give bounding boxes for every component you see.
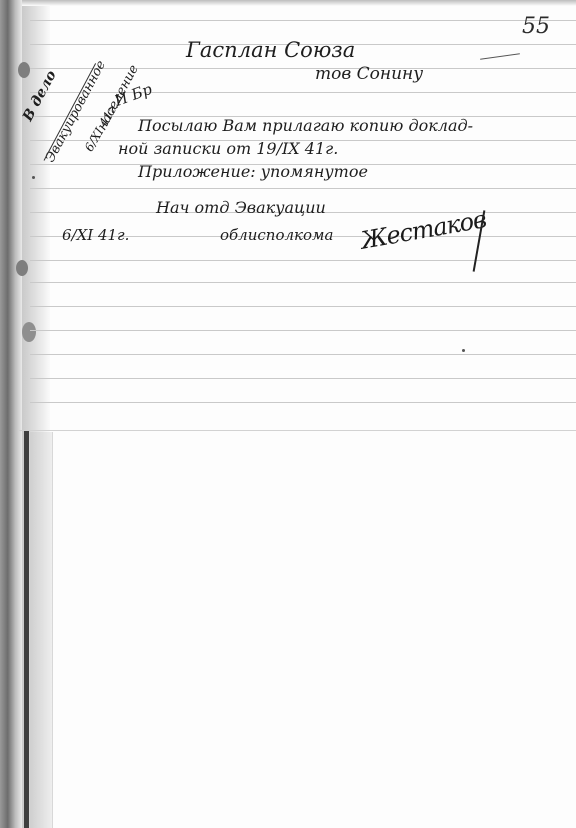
body-line-1: Посылаю Вам прилагаю копию доклад- [138, 116, 473, 135]
page-number: 55 [522, 14, 550, 39]
ruled-sheet [30, 6, 576, 430]
addressee-person: тов Сонину [315, 64, 423, 84]
punch-hole [16, 260, 28, 276]
lower-page-strip [30, 432, 53, 828]
sheet-bottom-edge [18, 430, 576, 431]
spine-line [24, 430, 29, 828]
addressee-org: Гасплан Союза [186, 38, 355, 62]
margin-mark [32, 176, 35, 179]
document-date: 6/XI 41г. [62, 226, 129, 244]
punch-hole [18, 62, 30, 78]
signatory-title: Нач отд Эвакуации [156, 198, 326, 217]
binding-shadow [0, 0, 22, 828]
body-line-2: ной записки от 19/IX 41г. [118, 139, 338, 158]
signatory-org: облисполкома [220, 226, 333, 244]
attachment-line: Приложение: упомянутое [138, 162, 368, 181]
ink-speck [462, 349, 465, 352]
